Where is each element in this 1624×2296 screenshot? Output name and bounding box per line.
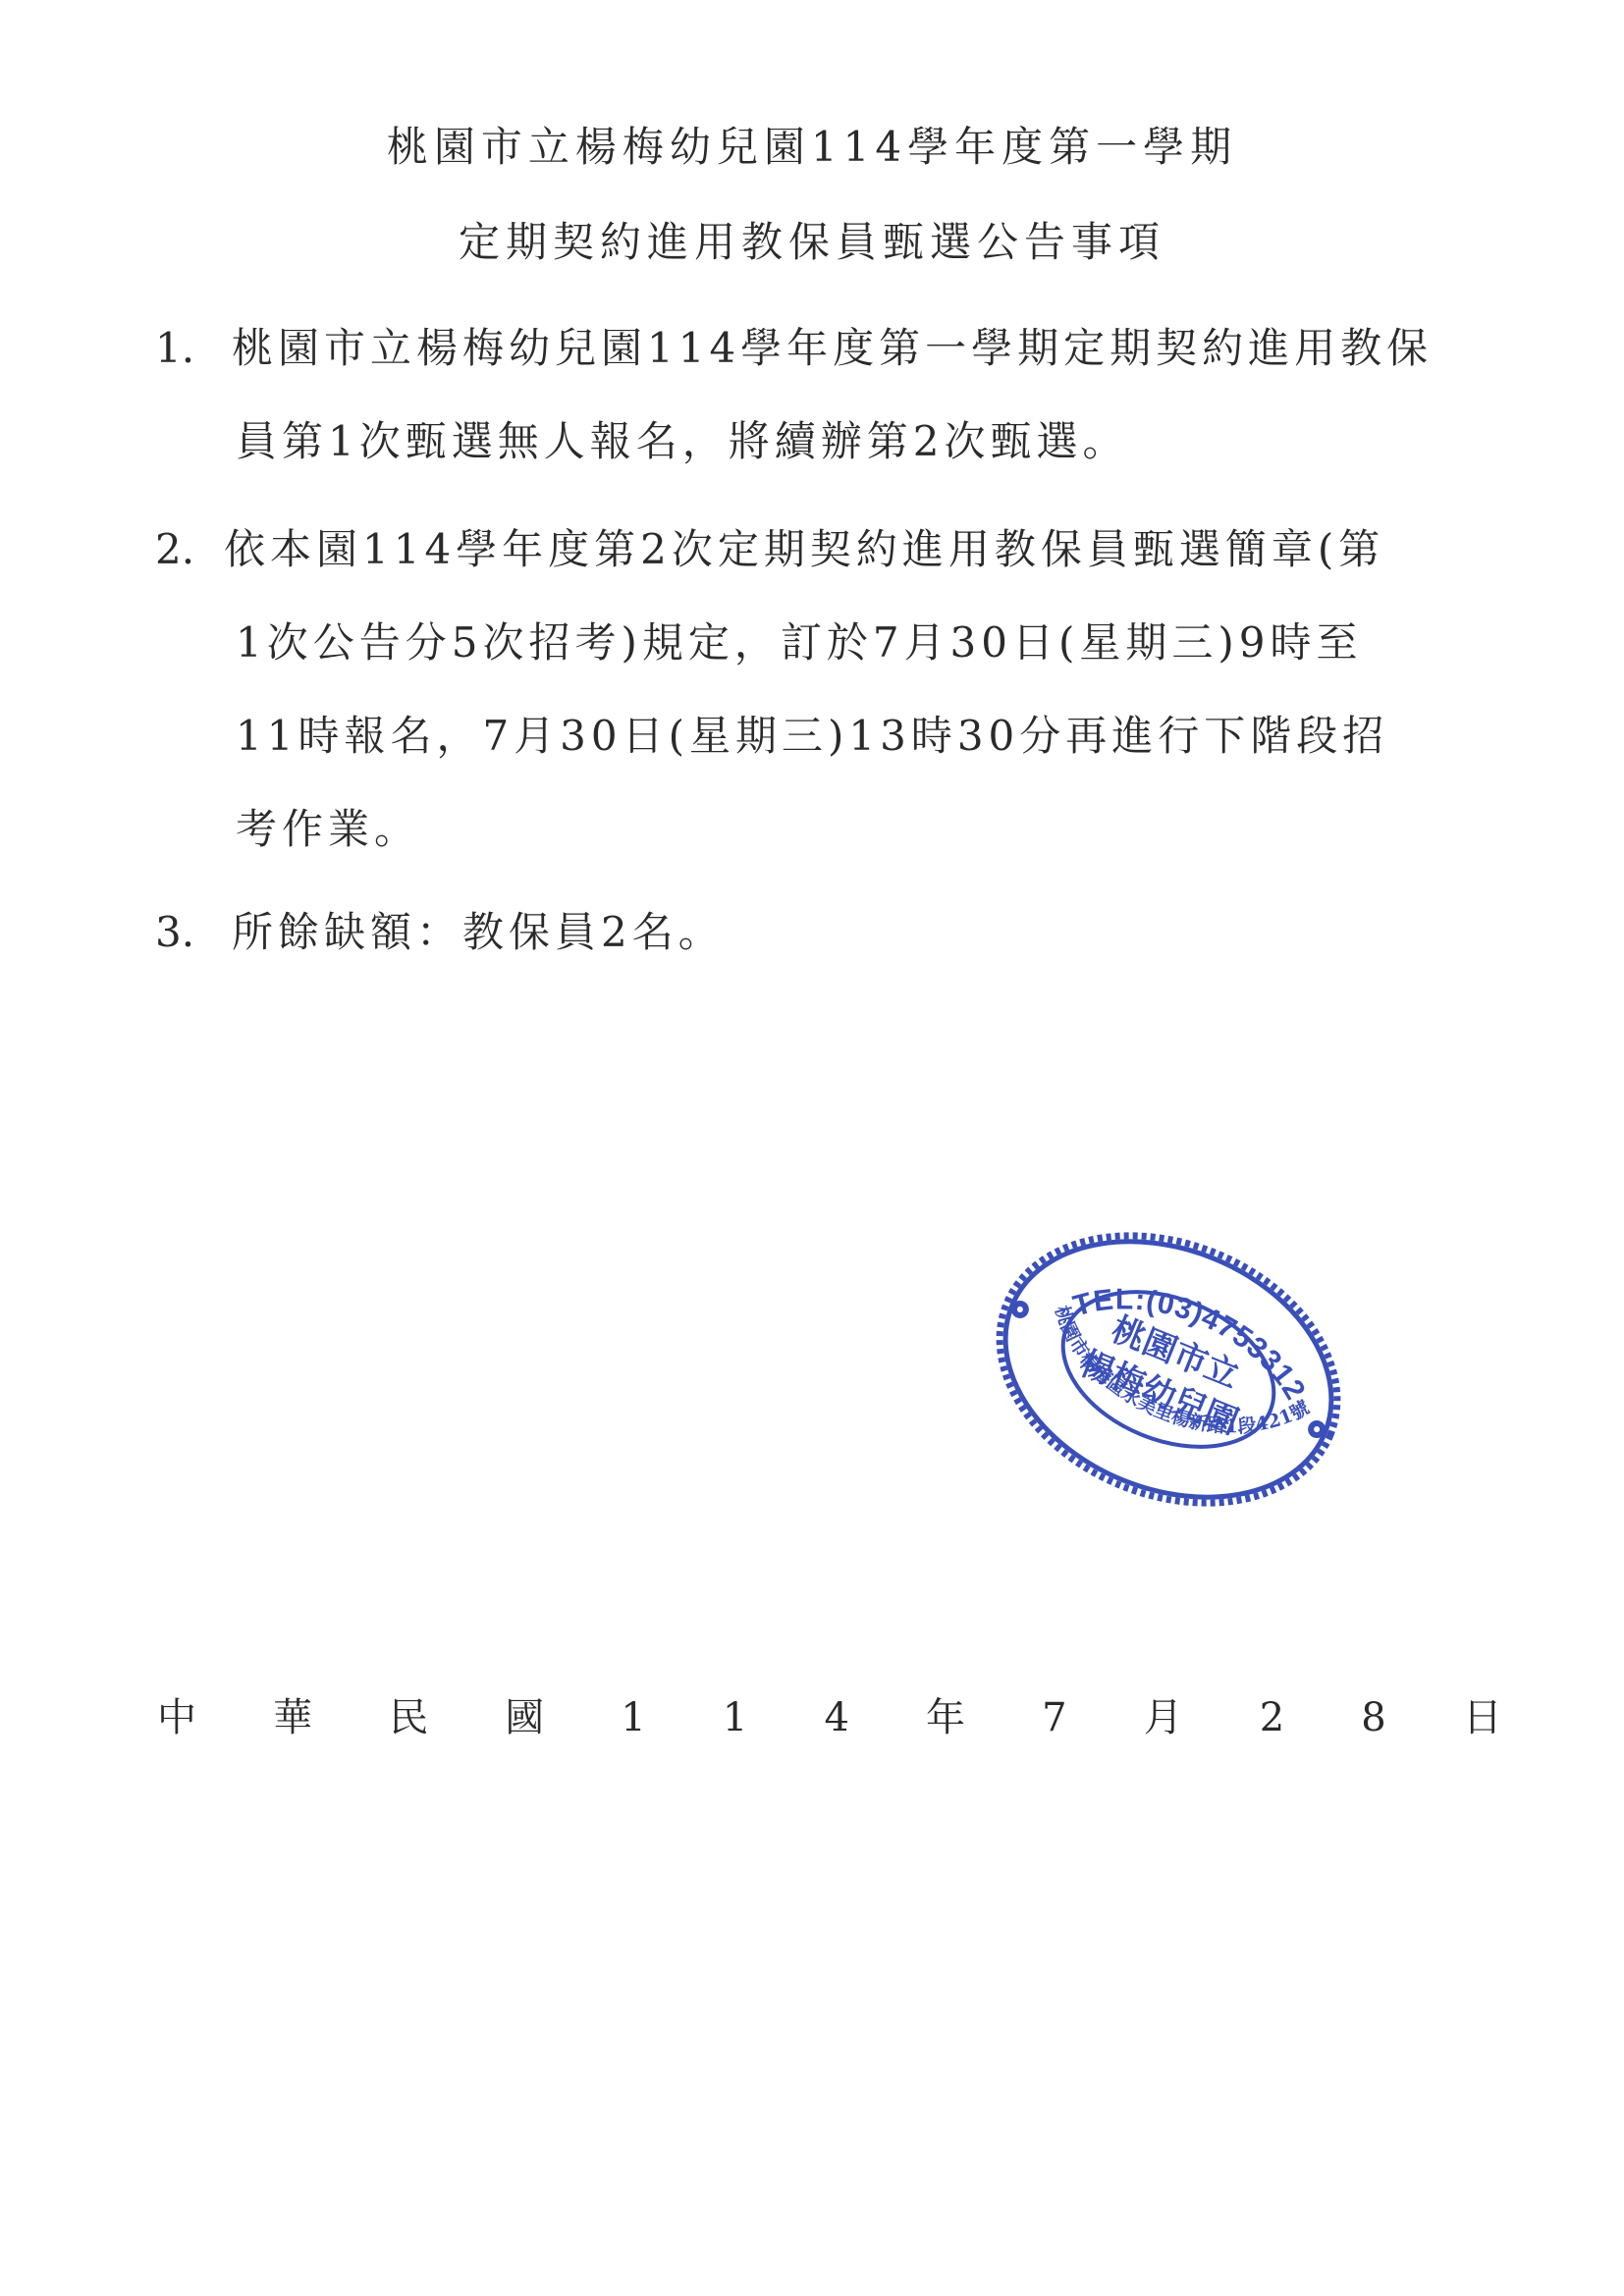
- item-text-line: 考作業。: [236, 805, 420, 854]
- document-page: 桃園市立楊梅幼兒園114學年度第一學期 定期契約進用教保員甄選公告事項 1. 桃…: [0, 0, 1624, 2296]
- date-char: 年: [926, 1693, 965, 1742]
- date-char: 7: [1042, 1693, 1066, 1742]
- date-char: 華: [273, 1693, 312, 1742]
- item-text-line: 11時報名，7月30日(星期三)13時30分再進行下階段招: [236, 712, 1388, 761]
- date-char: 日: [1463, 1693, 1502, 1742]
- date-char: 國: [505, 1693, 544, 1742]
- item-text-line: 桃園市立楊梅幼兒園114學年度第一學期定期契約進用教保: [232, 324, 1433, 373]
- item-text-line: 員第1次甄選無人報名，將續辦第2次甄選。: [236, 417, 1128, 466]
- item-text-line: 1次公告分5次招考)規定，訂於7月30日(星期三)9時至: [236, 618, 1363, 667]
- date-char: 月: [1144, 1693, 1183, 1742]
- item-number: 1.: [155, 324, 194, 373]
- item-text-line: 依本園114學年度第2次定期契約進用教保員甄選簡章(第: [224, 525, 1384, 574]
- date-char: 4: [824, 1693, 848, 1742]
- date-char: 中: [157, 1693, 196, 1742]
- item-text-line: 所餘缺額：教保員2名。: [232, 908, 725, 957]
- item-number: 2.: [155, 525, 194, 574]
- date-char: 2: [1260, 1693, 1284, 1742]
- document-title-line-2: 定期契約進用教保員甄選公告事項: [0, 218, 1624, 267]
- date-char: 民: [389, 1693, 428, 1742]
- item-number: 3.: [155, 908, 194, 957]
- date-char: 1: [723, 1693, 747, 1742]
- date-char: 1: [621, 1693, 645, 1742]
- date-char: 8: [1361, 1693, 1385, 1742]
- official-seal-stamp: TEL:(03)4753312 桃園市楊梅區永美里楊新路1段421號 桃園市立 …: [987, 1227, 1350, 1512]
- document-title-line-1: 桃園市立楊梅幼兒園114學年度第一學期: [0, 123, 1624, 172]
- document-date: 中 華 民 國 1 1 4 年 7 月 2 8 日: [157, 1693, 1502, 1742]
